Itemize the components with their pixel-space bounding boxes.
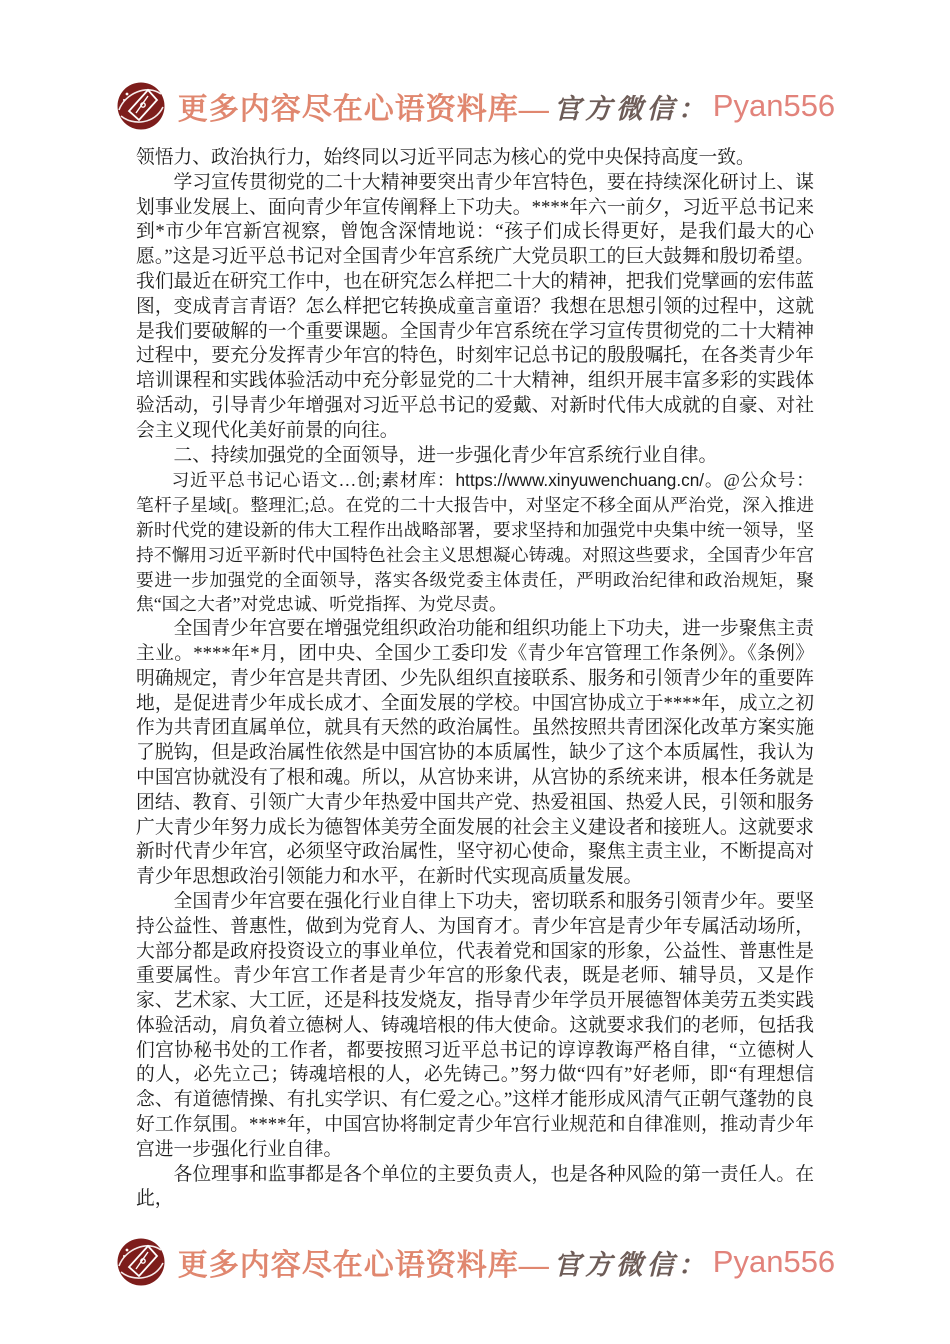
source-url-text: https://www.xinyuwenchuang.cn/ — [455, 470, 704, 490]
paragraph-with-url: 习近平总书记心语文…创;素材库：https://www.xinyuwenchua… — [136, 468, 814, 617]
banner-slogan-text: 更多内容尽在心语资料库— — [178, 84, 550, 128]
header-banner: 更多内容尽在心语资料库— 官方微信： Pyan556 — [0, 80, 950, 132]
pen-nib-seal-logo-icon — [115, 80, 167, 132]
document-body: 领悟力、政治执行力，始终同以习近平同志为核心的党中央保持高度一致。 学习宣传贯彻… — [136, 146, 814, 1212]
section-heading-2: 二、持续加强党的全面领导，进一步强化青少年宫系统行业自律。 — [136, 444, 814, 469]
banner-wechat-id: Pyan556 — [713, 1244, 835, 1280]
banner-slogan-text: 更多内容尽在心语资料库— — [178, 1240, 550, 1284]
footer-banner: 更多内容尽在心语资料库— 官方微信： Pyan556 — [0, 1236, 950, 1288]
banner-wechat-label: 官方微信： — [554, 1243, 709, 1282]
banner-wechat-id: Pyan556 — [713, 88, 835, 124]
paragraph: 全国青少年宫要在增强党组织政治功能和组织功能上下功夫，进一步聚焦主责主业。***… — [136, 617, 814, 890]
banner-wechat-label: 官方微信： — [554, 87, 709, 126]
paragraph-suffix-text: 。@公众号：笔杆子星域[。整理汇;总。在党的二十大报告中，对坚定不移全面从严治党… — [136, 470, 814, 614]
paragraph-prefix-text: 习近平总书记心语文…创;素材库： — [172, 470, 456, 490]
paragraph: 全国青少年宫要在强化行业自律上下功夫，密切联系和服务引领青少年。要坚持公益性、普… — [136, 890, 814, 1163]
paragraph-continuation: 领悟力、政治执行力，始终同以习近平同志为核心的党中央保持高度一致。 — [136, 146, 814, 171]
paragraph-trailing: 各位理事和监事都是各个单位的主要负责人，也是各种风险的第一责任人。在此， — [136, 1163, 814, 1213]
paragraph: 学习宣传贯彻党的二十大精神要突出青少年宫特色，要在持续深化研讨上、谋划事业发展上… — [136, 171, 814, 444]
document-page: 更多内容尽在心语资料库— 官方微信： Pyan556 领悟力、政治执行力，始终同… — [0, 0, 950, 1344]
pen-nib-seal-logo-icon — [115, 1236, 167, 1288]
